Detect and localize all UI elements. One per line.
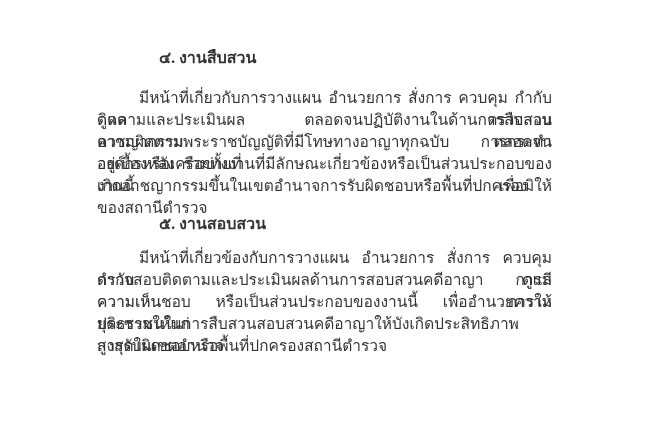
paragraph-line: การรับผิดชอบหรือพื้นที่ปกครองสถานีตำรวจ [97,336,552,358]
paragraph-line: อยู่เบื้องหลัง รวมทั้งงานที่มีลักษณะเกี่… [97,154,552,176]
paragraph-line: ความเห็นชอบ หรือเป็นส่วนประกอบของงานนี้ … [97,292,552,314]
section-interrogation: ๕. งานสอบสวน มีหน้าที่เกี่ยวข้องกับการวา… [97,214,552,358]
paragraph-line: ประชาชนในการสืบสวนสอบสวนคดีอาญาให้บังเกิ… [97,314,552,336]
paragraph-line: มีหน้าที่เกี่ยวข้องกับการวางแผน อำนวยการ… [97,248,552,270]
document-page: ๔. งานสืบสวน มีหน้าที่เกี่ยวกับการวางแผน… [0,0,645,422]
section-5-heading: ๕. งานสอบสวน [159,214,552,236]
section-5-paragraph: มีหน้าที่เกี่ยวข้องกับการวางแผน อำนวยการ… [97,248,552,358]
paragraph-line: เกิดอาชญากรรมขึ้นในเขตอำนาจการรับผิดชอบห… [97,176,552,198]
text-block: ๔. งานสืบสวน มีหน้าที่เกี่ยวกับการวางแผน… [97,48,552,358]
section-4-heading: ๔. งานสืบสวน [159,48,552,70]
paragraph-line: มีหน้าที่เกี่ยวกับการวางแผน อำนวยการ สั่… [97,88,552,110]
paragraph-line: ตรวจสอบติดตามและประเมินผลด้านการสอบสวนคด… [97,270,552,292]
section-investigation: ๔. งานสืบสวน มีหน้าที่เกี่ยวกับการวางแผน… [97,48,552,198]
paragraph-line: ความผิดตามพระราชบัญญัติที่มีโทษทางอาญาทุ… [97,132,552,154]
paragraph-line: ติดตามและประเมินผล ตลอดจนปฏิบัติงานในด้า… [97,110,552,132]
section-4-paragraph: มีหน้าที่เกี่ยวกับการวางแผน อำนวยการ สั่… [97,88,552,198]
